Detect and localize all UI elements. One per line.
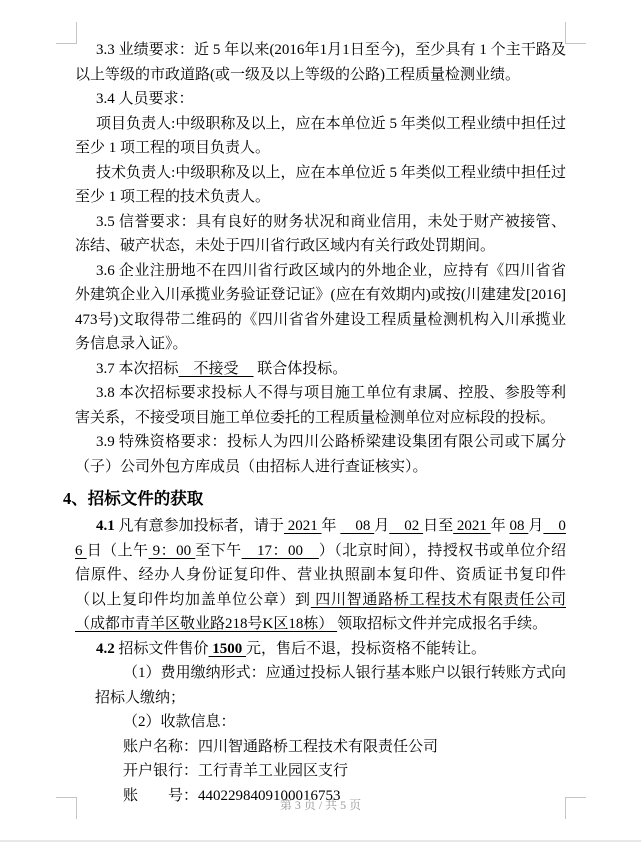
- text-run: 至下午: [195, 543, 241, 559]
- paragraph: 技术负责人:中级职称及以上，应在本单位近 5 年类似工程业绩中担任过至少 1 项…: [75, 161, 566, 210]
- text-run: 日至: [423, 518, 453, 534]
- text-run: 3.3 业绩要求：近 5 年以来(2016年1月1日至今)，至少具有 1 个主干…: [75, 42, 566, 83]
- paragraph: 项目负责人:中级职称及以上，应在本单位近 5 年类似工程业绩中担任过至少 1 项…: [75, 112, 566, 161]
- page-indicator: 第 3 页 / 共 5 页: [280, 798, 361, 812]
- underlined-value: 08: [510, 518, 529, 534]
- underlined-value: 08: [340, 518, 374, 534]
- text-run: 月: [374, 518, 389, 534]
- text-boundary-mark-top-left: [56, 22, 77, 44]
- paragraph: 3.5 信誉要求：具有良好的财务状况和商业信用，未处于财产被接管、冻结、破产状态…: [75, 210, 566, 259]
- paragraph: 4.1 凡有意参加投标者，请于 2021 年 08 月 02 日至 2021 年…: [75, 514, 566, 637]
- underlined-value: 2021: [284, 518, 322, 534]
- text-run: 技术负责人:中级职称及以上，应在本单位近 5 年类似工程业绩中担任过至少 1 项…: [75, 165, 566, 206]
- paragraph: 3.7 本次招标 不接受 联合体投标。: [75, 357, 566, 382]
- text-run: 凡有意参加投标者，请于: [115, 518, 284, 534]
- text-run: 招标文件售价: [115, 641, 209, 657]
- text-run: 项目负责人:中级职称及以上，应在本单位近 5 年类似工程业绩中担任过至少 1 项…: [75, 116, 566, 157]
- paragraph: （2）收款信息：: [95, 710, 566, 735]
- paragraph: 4.2 招标文件售价 1500 元，售后不退，投标资格不能转让。: [75, 637, 566, 662]
- paragraph: 开户银行：工行青羊工业园区支行: [95, 759, 566, 784]
- underlined-value: 02: [389, 518, 423, 534]
- text-run: 元，售后不退，投标资格不能转让。: [246, 641, 486, 657]
- text-run: 3.8 本次招标要求投标人不得与项目施工单位有隶属、控股、参股等利害关系，不接受…: [75, 385, 566, 426]
- text-run: 年: [322, 518, 341, 534]
- underlined-value: 17：00: [242, 543, 319, 559]
- text-run: 领取招标文件并完成报名手续。: [337, 616, 547, 632]
- text-run: 4.2: [96, 641, 115, 657]
- page-bottom-edge: [0, 840, 641, 842]
- underlined-value: 不接受: [179, 361, 254, 377]
- paragraph: 3.8 本次招标要求投标人不得与项目施工单位有隶属、控股、参股等利害关系，不接受…: [75, 381, 566, 430]
- text-run: （2）收款信息：: [123, 714, 236, 730]
- underlined-value: 1500: [209, 641, 247, 657]
- text-run: 3.7 本次招标: [96, 361, 179, 377]
- paragraph: 3.4 人员要求：: [75, 87, 566, 112]
- text-run: 账户名称：四川智通路桥工程技术有限责任公司: [123, 739, 438, 755]
- text-run: 日（上午: [87, 543, 149, 559]
- underlined-value: 2021: [453, 518, 491, 534]
- text-run: 联合体投标。: [254, 361, 348, 377]
- text-run: 3.5 信誉要求：具有良好的财务状况和商业信用，未处于财产被接管、冻结、破产状态…: [75, 214, 566, 255]
- paragraph: 3.9 特殊资格要求：投标人为四川公路桥梁建设集团有限公司或下属分（子）公司外包…: [75, 430, 566, 479]
- text-run: 开户银行：工行青羊工业园区支行: [123, 763, 348, 779]
- page-footer: 第 3 页 / 共 5 页: [0, 796, 641, 814]
- text-run: 3.9 特殊资格要求：投标人为四川公路桥梁建设集团有限公司或下属分（子）公司外包…: [75, 434, 566, 475]
- text-run: 年: [491, 518, 510, 534]
- text-run: 3.6 企业注册地不在四川省行政区域内的外地企业，应持有《四川省省外建筑企业入川…: [75, 263, 566, 353]
- document-body: 3.3 业绩要求：近 5 年以来(2016年1月1日至今)，至少具有 1 个主干…: [75, 38, 566, 808]
- section-heading: 4、招标文件的获取: [63, 486, 566, 511]
- text-run: 月: [528, 518, 543, 534]
- paragraph: （1）费用缴纳形式：应通过投标人银行基本账户以银行转账方式向招标人缴纳；: [95, 661, 566, 710]
- underlined-value: 9：00: [148, 543, 195, 559]
- paragraph: 3.3 业绩要求：近 5 年以来(2016年1月1日至今)，至少具有 1 个主干…: [75, 38, 566, 87]
- paragraph: 3.6 企业注册地不在四川省行政区域内的外地企业，应持有《四川省省外建筑企业入川…: [75, 259, 566, 357]
- text-run: 3.4 人员要求：: [96, 91, 194, 107]
- text-run: 4.1: [96, 518, 115, 534]
- text-run: 4、招标文件的获取: [63, 489, 203, 508]
- text-boundary-mark-top-right: [565, 22, 586, 44]
- document-page: 3.3 业绩要求：近 5 年以来(2016年1月1日至今)，至少具有 1 个主干…: [0, 0, 641, 845]
- paragraph: 账户名称：四川智通路桥工程技术有限责任公司: [95, 735, 566, 760]
- text-run: （1）费用缴纳形式：应通过投标人银行基本账户以银行转账方式向招标人缴纳；: [95, 665, 566, 706]
